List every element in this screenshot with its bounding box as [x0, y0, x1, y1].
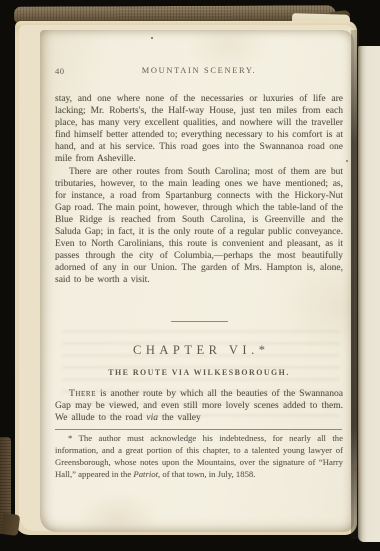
chapter-subheading: THE ROUTE VIA WILKESBOROUGH. [55, 368, 343, 377]
running-head: MOUNTAIN SCENERY. [55, 66, 343, 75]
opening-text-end: the valley [158, 413, 201, 423]
body-text: stay, and one where none of the necessar… [55, 93, 343, 287]
paragraph-continuation: stay, and one where none of the necessar… [55, 93, 343, 166]
paragraph-other-routes: There are other routes from South Caroli… [55, 166, 343, 287]
paper-speck [354, 467, 357, 471]
paper-speck [151, 37, 153, 39]
footnote-text-end: , of that town, in July, 1858. [158, 469, 255, 479]
spine-fragment-lower [1, 513, 20, 536]
paper-speck [346, 160, 348, 162]
chapter-heading: CHAPTER VI.* [55, 343, 343, 358]
chapter-opening-paragraph: There is another route by which all the … [55, 388, 343, 424]
footnote: * The author must acknowledge his indebt… [55, 433, 343, 481]
book-scan: 40 MOUNTAIN SCENERY. stay, and one where… [0, 0, 380, 551]
section-divider-rule [171, 321, 228, 322]
opening-italic-word: via [146, 413, 158, 423]
footnote-italic-word: Patriot [133, 469, 158, 479]
opening-lead-word: There [69, 389, 96, 399]
footnote-rule [55, 429, 342, 430]
adjacent-page-edge [358, 46, 380, 542]
